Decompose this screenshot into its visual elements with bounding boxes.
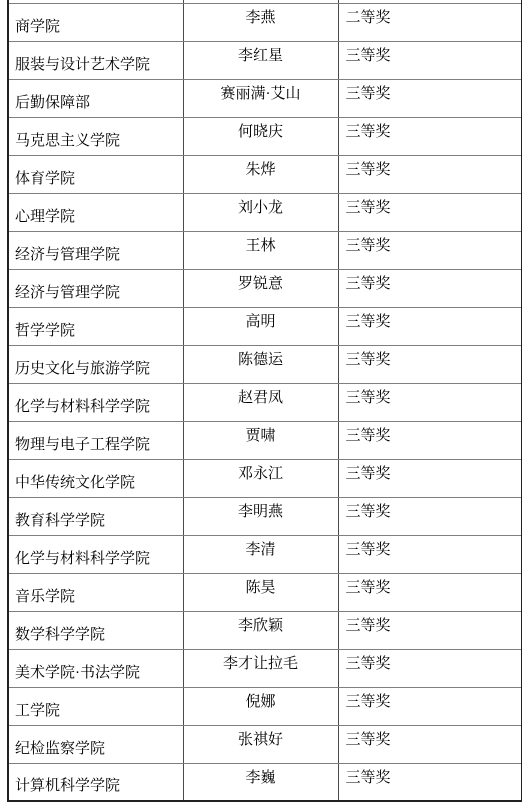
college-cell: 化学与材料科学学院 bbox=[8, 535, 183, 573]
college-cell: 经济与管理学院 bbox=[8, 269, 183, 307]
name-cell: 贾啸 bbox=[183, 421, 338, 459]
college-cell: 中华传统文化学院 bbox=[8, 459, 183, 497]
award-cell: 三等奖 bbox=[338, 383, 522, 421]
college-cell: 心理学院 bbox=[8, 193, 183, 231]
college-cell: 教育科学学院 bbox=[8, 497, 183, 535]
table-row: 音乐学院陈昊三等奖 bbox=[8, 573, 522, 611]
award-cell: 三等奖 bbox=[338, 573, 522, 611]
table-row: 物理与电子工程学院贾啸三等奖 bbox=[8, 421, 522, 459]
college-cell: 经济与管理学院 bbox=[8, 231, 183, 269]
name-cell: 张祺好 bbox=[183, 725, 338, 763]
table-row: 中华传统文化学院邓永江三等奖 bbox=[8, 459, 522, 497]
name-cell: 陈昊 bbox=[183, 573, 338, 611]
award-cell: 二等奖 bbox=[338, 3, 522, 41]
table-row: 体育学院朱烨三等奖 bbox=[8, 155, 522, 193]
award-cell: 三等奖 bbox=[338, 459, 522, 497]
award-cell: 三等奖 bbox=[338, 307, 522, 345]
name-cell: 陈德运 bbox=[183, 345, 338, 383]
award-cell: 三等奖 bbox=[338, 649, 522, 687]
college-cell: 音乐学院 bbox=[8, 573, 183, 611]
college-cell: 化学与材料科学学院 bbox=[8, 383, 183, 421]
name-cell: 赵君凤 bbox=[183, 383, 338, 421]
college-cell: 物理与电子工程学院 bbox=[8, 421, 183, 459]
award-cell: 三等奖 bbox=[338, 611, 522, 649]
table-row: 数学科学学院李欣颖三等奖 bbox=[8, 611, 522, 649]
award-cell: 三等奖 bbox=[338, 763, 522, 801]
table-row: 哲学学院高明三等奖 bbox=[8, 307, 522, 345]
college-cell: 工学院 bbox=[8, 687, 183, 725]
college-cell: 数学科学学院 bbox=[8, 611, 183, 649]
college-cell: 服装与设计艺术学院 bbox=[8, 41, 183, 79]
award-cell: 三等奖 bbox=[338, 41, 522, 79]
name-cell: 李明燕 bbox=[183, 497, 338, 535]
college-cell: 体育学院 bbox=[8, 155, 183, 193]
page: 商学院李燕二等奖服装与设计艺术学院李红星三等奖后勤保障部赛丽满·艾山三等奖马克思… bbox=[0, 0, 527, 808]
table-row: 教育科学学院李明燕三等奖 bbox=[8, 497, 522, 535]
awards-table-viewport: 商学院李燕二等奖服装与设计艺术学院李红星三等奖后勤保障部赛丽满·艾山三等奖马克思… bbox=[7, 0, 522, 808]
name-cell: 高明 bbox=[183, 307, 338, 345]
table-row: 计算机科学学院李巍三等奖 bbox=[8, 763, 522, 801]
table-row: 马克思主义学院何晓庆三等奖 bbox=[8, 117, 522, 155]
award-cell: 三等奖 bbox=[338, 421, 522, 459]
name-cell: 李欣颖 bbox=[183, 611, 338, 649]
name-cell: 李红星 bbox=[183, 41, 338, 79]
table-row: 化学与材料科学学院赵君凤三等奖 bbox=[8, 383, 522, 421]
name-cell: 李燕 bbox=[183, 3, 338, 41]
awards-table-body: 商学院李燕二等奖服装与设计艺术学院李红星三等奖后勤保障部赛丽满·艾山三等奖马克思… bbox=[8, 0, 522, 801]
college-cell: 计算机科学学院 bbox=[8, 763, 183, 801]
name-cell: 李巍 bbox=[183, 763, 338, 801]
name-cell: 朱烨 bbox=[183, 155, 338, 193]
name-cell: 赛丽满·艾山 bbox=[183, 79, 338, 117]
table-row: 化学与材料科学学院李清三等奖 bbox=[8, 535, 522, 573]
name-cell: 刘小龙 bbox=[183, 193, 338, 231]
award-cell: 三等奖 bbox=[338, 155, 522, 193]
table-row: 经济与管理学院罗锐意三等奖 bbox=[8, 269, 522, 307]
name-cell: 罗锐意 bbox=[183, 269, 338, 307]
award-cell: 三等奖 bbox=[338, 193, 522, 231]
award-cell: 三等奖 bbox=[338, 345, 522, 383]
name-cell: 王林 bbox=[183, 231, 338, 269]
name-cell: 邓永江 bbox=[183, 459, 338, 497]
college-cell: 后勤保障部 bbox=[8, 79, 183, 117]
table-row: 美术学院·书法学院李才让拉毛三等奖 bbox=[8, 649, 522, 687]
award-cell: 三等奖 bbox=[338, 535, 522, 573]
award-cell: 三等奖 bbox=[338, 117, 522, 155]
award-cell: 三等奖 bbox=[338, 231, 522, 269]
award-cell: 三等奖 bbox=[338, 687, 522, 725]
name-cell: 李清 bbox=[183, 535, 338, 573]
award-cell: 三等奖 bbox=[338, 725, 522, 763]
college-cell: 马克思主义学院 bbox=[8, 117, 183, 155]
table-row: 服装与设计艺术学院李红星三等奖 bbox=[8, 41, 522, 79]
name-cell: 李才让拉毛 bbox=[183, 649, 338, 687]
college-cell: 美术学院·书法学院 bbox=[8, 649, 183, 687]
college-cell: 纪检监察学院 bbox=[8, 725, 183, 763]
award-cell: 三等奖 bbox=[338, 269, 522, 307]
college-cell: 历史文化与旅游学院 bbox=[8, 345, 183, 383]
table-row: 工学院倪娜三等奖 bbox=[8, 687, 522, 725]
table-row: 商学院李燕二等奖 bbox=[8, 3, 522, 41]
college-cell: 哲学学院 bbox=[8, 307, 183, 345]
awards-table: 商学院李燕二等奖服装与设计艺术学院李红星三等奖后勤保障部赛丽满·艾山三等奖马克思… bbox=[7, 0, 522, 802]
name-cell: 何晓庆 bbox=[183, 117, 338, 155]
name-cell: 倪娜 bbox=[183, 687, 338, 725]
award-cell: 三等奖 bbox=[338, 497, 522, 535]
college-cell: 商学院 bbox=[8, 3, 183, 41]
table-row: 经济与管理学院王林三等奖 bbox=[8, 231, 522, 269]
table-row: 心理学院刘小龙三等奖 bbox=[8, 193, 522, 231]
award-cell: 三等奖 bbox=[338, 79, 522, 117]
table-row: 后勤保障部赛丽满·艾山三等奖 bbox=[8, 79, 522, 117]
table-row: 历史文化与旅游学院陈德运三等奖 bbox=[8, 345, 522, 383]
table-row: 纪检监察学院张祺好三等奖 bbox=[8, 725, 522, 763]
